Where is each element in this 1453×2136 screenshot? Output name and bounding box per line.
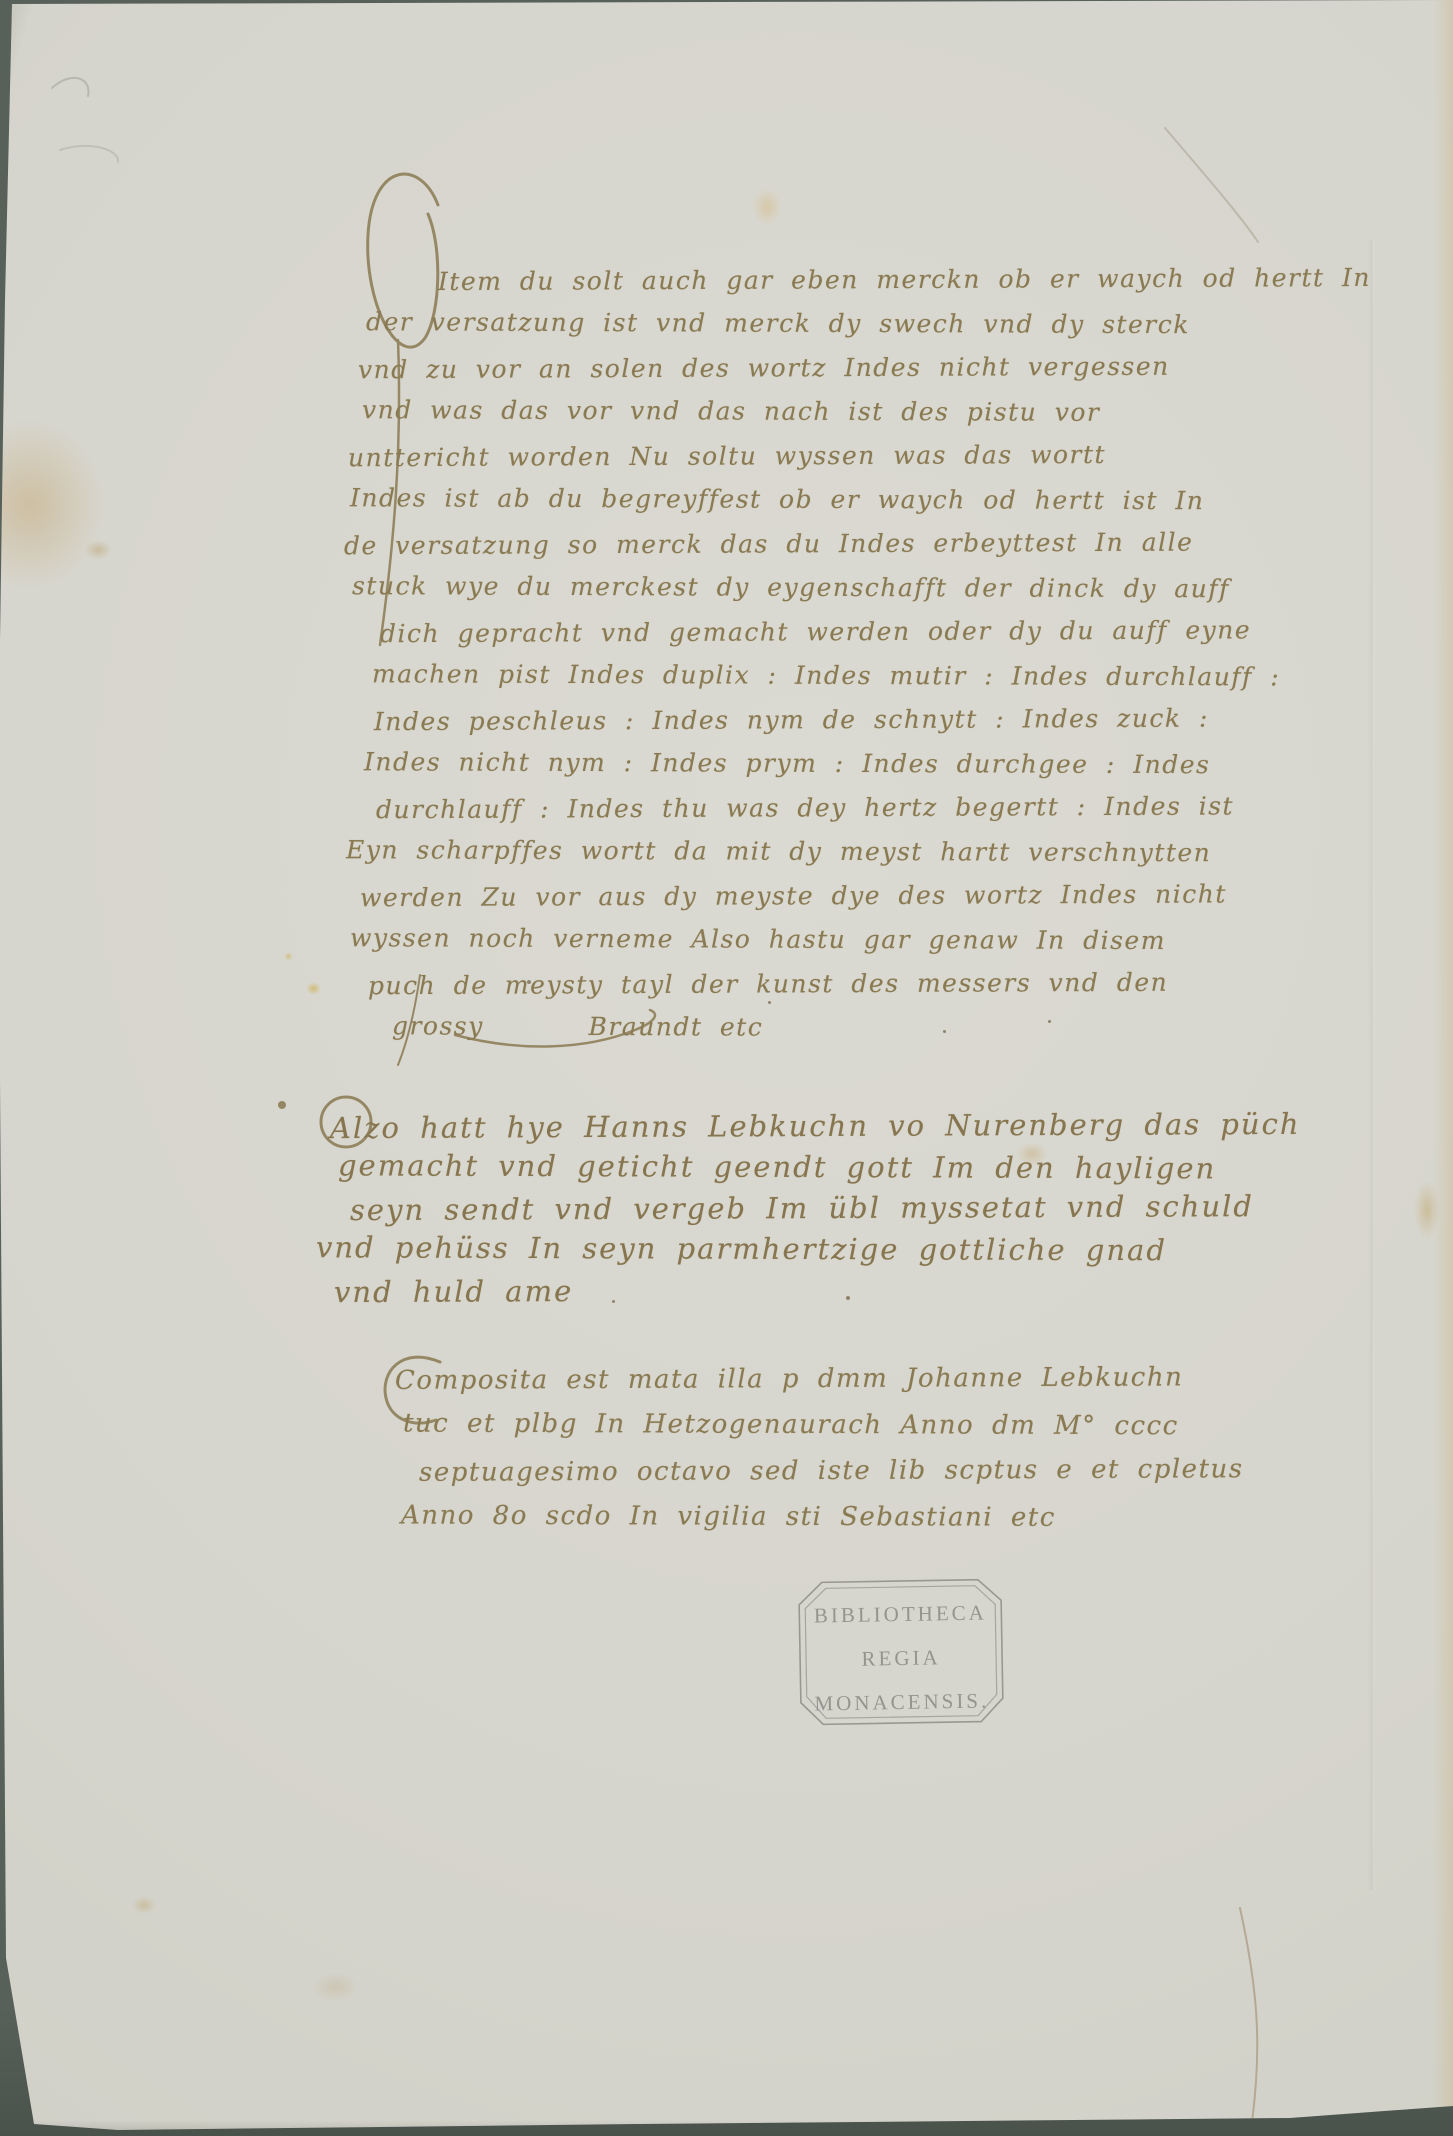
stamp-line-bibliotheca: BIBLIOTHECA — [796, 1590, 1005, 1638]
manuscript-line: der versatzung ist vnd merck dy swech vn… — [366, 300, 1371, 348]
stain-right-edge-spot — [1414, 1180, 1440, 1240]
manuscript-line: septuagesimo octavo sed iste lib scptus … — [419, 1446, 1244, 1496]
manuscript-line: vnd zu vor an solen des wortz Indes nich… — [358, 344, 1371, 392]
photo-background: Item du solt auch gar eben merckn ob er … — [0, 0, 1453, 2136]
manuscript-line: Indes peschleus : Indes nym de schnytt :… — [374, 696, 1371, 744]
manuscript-line: dich gepracht vnd gemacht werden oder dy… — [380, 608, 1371, 656]
stain-bottom-left — [132, 1896, 156, 1914]
manuscript-page: Item du solt auch gar eben merckn ob er … — [0, 0, 1453, 2136]
manuscript-line: seyn sendt vnd vergeb Im übl myssetat vn… — [350, 1186, 1301, 1231]
manuscript-line: Anno 8o scdo In vigilia sti Sebastiani e… — [401, 1493, 1244, 1542]
manuscript-line: wyssen noch verneme Also hastu gar genaw… — [350, 916, 1371, 964]
stain-yellow-dot-small — [284, 952, 293, 961]
manuscript-line: Indes nicht nym : Indes prym : Indes dur… — [364, 740, 1371, 788]
stamp-line-monacensis: MONACENSIS. — [798, 1678, 1007, 1726]
main-text-block: Item du solt auch gar eben merckn ob er … — [352, 258, 1371, 1050]
manuscript-line: Composita est mata illa p dmm Johanne Le… — [395, 1354, 1244, 1404]
german-colophon-block: Alzo hatt hye Hanns Lebkuchn vo Nurenber… — [330, 1106, 1301, 1311]
manuscript-line: Eyn scharpffes wortt da mit dy meyst har… — [346, 828, 1371, 876]
manuscript-line: gemacht vnd geticht geendt gott Im den h… — [338, 1145, 1301, 1189]
manuscript-line: de versatzung so merck das du Indes erbe… — [344, 520, 1371, 568]
manuscript-line: vnd was das vor vnd das nach ist des pis… — [362, 388, 1371, 436]
manuscript-line: grossy Braundt etc — [392, 1004, 1371, 1051]
manuscript-line: vnd huld ame — [334, 1268, 1301, 1313]
manuscript-line: stuck wye du merckest dy eygenschafft de… — [352, 564, 1371, 612]
pencil-mark — [60, 146, 118, 162]
manuscript-line: unttericht worden Nu soltu wyssen was da… — [348, 432, 1371, 480]
manuscript-line: tuc et plbg In Hetzogenaurach Anno dm M°… — [403, 1401, 1244, 1450]
stain-bottom-soft — [312, 1972, 358, 2002]
manuscript-line: puch de meysty tayl der kunst des messer… — [368, 960, 1371, 1008]
manuscript-line: Indes ist ab du begreyffest ob er waych … — [350, 476, 1371, 524]
stain-yellow-dot — [306, 982, 321, 995]
manuscript-line: Item du solt auch gar eben merckn ob er … — [438, 256, 1371, 304]
manuscript-line: werden Zu vor aus dy meyste dye des wort… — [360, 872, 1371, 920]
library-stamp: BIBLIOTHECA REGIA MONACENSIS. — [796, 1576, 1007, 1728]
initial-a-dot — [278, 1101, 286, 1109]
stamp-line-regia: REGIA — [797, 1634, 1006, 1682]
latin-colophon-block: Composita est mata illa p dmm Johanne Le… — [395, 1356, 1244, 1540]
manuscript-line: vnd pehüss In seyn parmhertzige gottlich… — [316, 1227, 1301, 1271]
manuscript-line: Alzo hatt hye Hanns Lebkuchn vo Nurenber… — [330, 1104, 1301, 1149]
manuscript-line: durchlauff : Indes thu was dey hertz beg… — [376, 784, 1371, 832]
stain-top-center — [752, 188, 782, 226]
manuscript-line: machen pist Indes duplix : Indes mutir :… — [372, 652, 1371, 699]
pencil-mark — [52, 78, 89, 96]
stain-left-small — [84, 540, 112, 560]
scratch-mark — [1165, 128, 1258, 242]
stain-left-large — [0, 420, 105, 590]
bottom-crease-line — [1240, 1908, 1257, 2136]
